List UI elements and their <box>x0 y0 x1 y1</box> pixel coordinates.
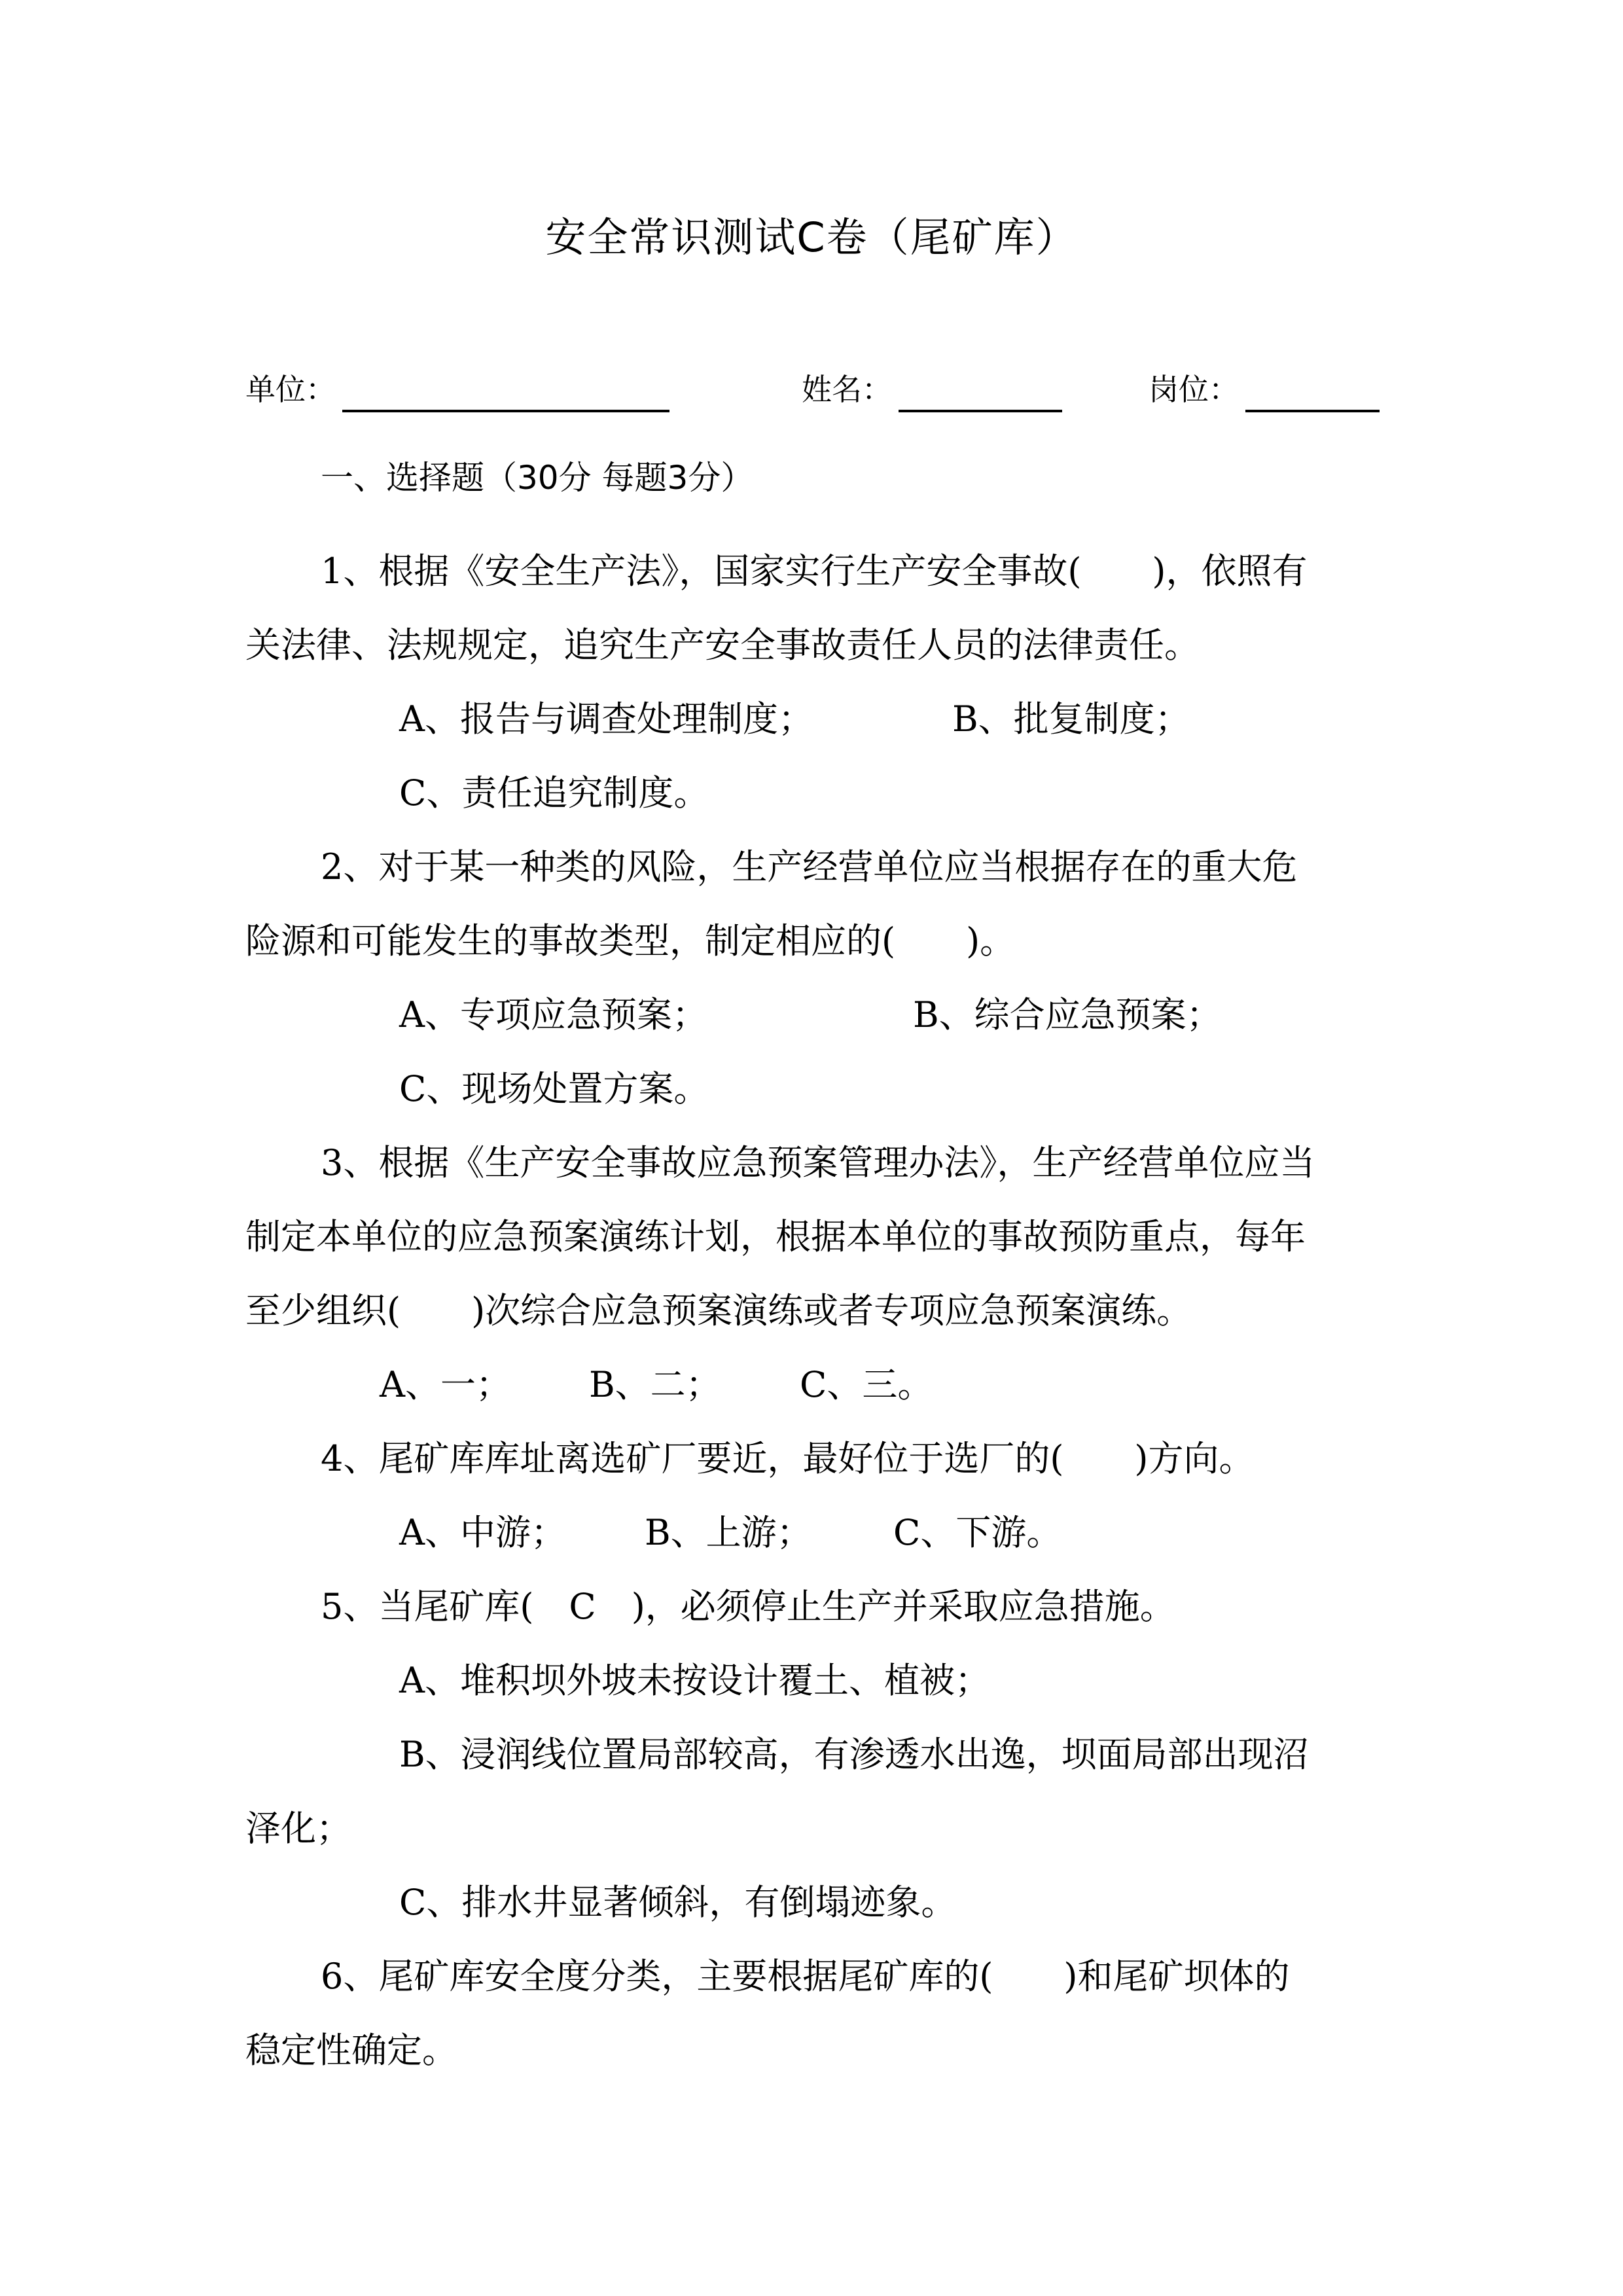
question-1-line-1: 1、根据《安全生产法》，国家实行生产安全事故( )，依照有 <box>321 545 1459 598</box>
question-4-line-1: 4、尾矿库库址离选矿厂要近，最好位于选厂的( )方向。 <box>321 1433 1459 1485</box>
question-3-line-2: 制定本单位的应急预案演练计划，根据本单位的事故预防重点，每年 <box>245 1211 1384 1263</box>
unit-blank[interactable] <box>342 376 669 412</box>
question-5-option-b: B、浸润线位置局部较高，有渗透水出逸，坝面局部出现沼 <box>399 1729 1538 1781</box>
exam-page: 安全常识测试C卷（尾矿库） 单位： 姓名： 岗位： 一、选择题（30分 每题3分… <box>0 0 1623 2296</box>
question-1-option-b: B、批复制度； <box>952 693 1623 745</box>
question-5-option-a: A、堆积坝外坡未按设计覆土、植被； <box>399 1655 1538 1707</box>
unit-field: 单位： <box>245 367 669 412</box>
question-5-line-1: 5、当尾矿库( C )，必须停止生产并采取应急措施。 <box>321 1581 1459 1633</box>
question-6-line-2: 稳定性确定。 <box>245 2024 1384 2077</box>
name-label: 姓名： <box>802 372 892 407</box>
question-2-option-c: C、现场处置方案。 <box>399 1063 1538 1115</box>
question-3-line-3: 至少组织( )次综合应急预案演练或者专项应急预案演练。 <box>245 1285 1384 1337</box>
section-title-choice: 一、选择题（30分 每题3分） <box>321 452 753 504</box>
question-6-line-1: 6、尾矿库安全度分类，主要根据尾矿库的( )和尾矿坝体的 <box>321 1950 1459 2003</box>
question-1-option-c: C、责任追究制度。 <box>399 767 1538 819</box>
position-blank[interactable] <box>1245 376 1380 412</box>
header-fields: 单位： 姓名： 岗位： <box>245 367 1384 412</box>
name-field: 姓名： <box>802 367 1062 412</box>
question-3-option-c: C、三。 <box>800 1359 1623 1411</box>
unit-label: 单位： <box>245 372 336 407</box>
question-5-option-c: C、排水井显著倾斜，有倒塌迹象。 <box>399 1876 1538 1929</box>
question-5-option-b-cont: 泽化； <box>245 1803 1384 1855</box>
question-4-option-c: C、下游。 <box>893 1507 1623 1559</box>
question-2-line-1: 2、对于某一种类的风险，生产经营单位应当根据存在的重大危 <box>321 841 1459 893</box>
position-field: 岗位： <box>1149 367 1380 412</box>
question-2-line-2: 险源和可能发生的事故类型，制定相应的( )。 <box>245 915 1384 967</box>
position-label: 岗位： <box>1149 372 1239 407</box>
question-3-line-1: 3、根据《生产安全事故应急预案管理办法》，生产经营单位应当 <box>321 1137 1459 1189</box>
name-blank[interactable] <box>899 376 1062 412</box>
document-title: 安全常识测试C卷（尾矿库） <box>0 208 1623 267</box>
question-2-option-b: B、综合应急预案； <box>913 989 1623 1041</box>
question-1-line-2: 关法律、法规规定，追究生产安全事故责任人员的法律责任。 <box>245 619 1384 672</box>
